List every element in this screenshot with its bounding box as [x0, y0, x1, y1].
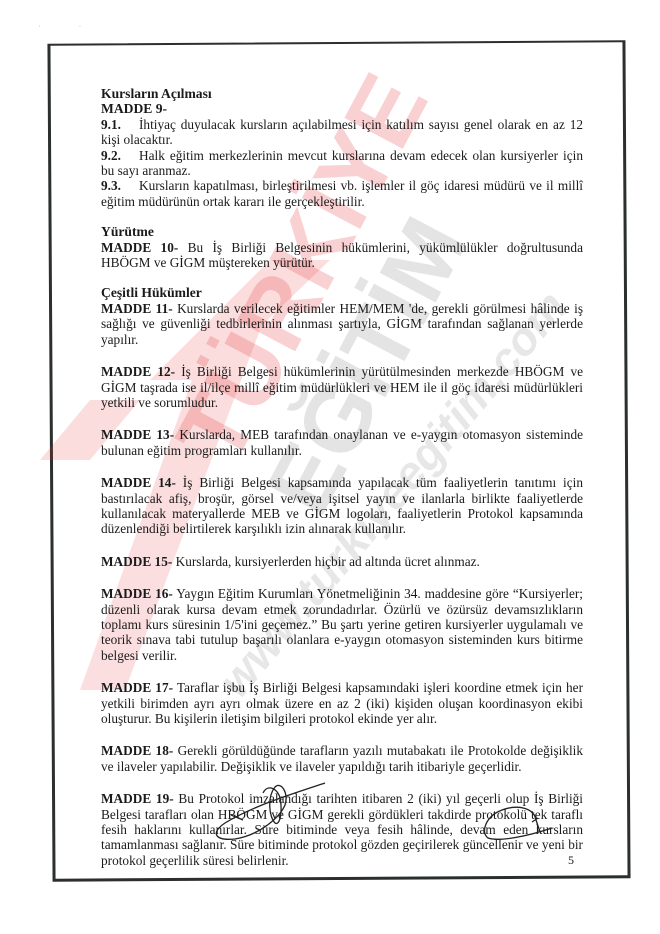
article-label: MADDE 19- [101, 791, 174, 806]
section-heading: Çeşitli Hükümler [101, 285, 583, 300]
article: MADDE 19- Bu Protokol imzalandığı tariht… [101, 791, 583, 868]
article: MADDE 17- Taraflar işbu İş Birliği Belge… [101, 680, 583, 726]
article-text: Kurslarda verilecek eğitimler HEM/MEM 'd… [101, 301, 583, 347]
sub-item-number: 9.1. [101, 117, 139, 132]
sub-item-number: 9.3. [101, 178, 139, 193]
article: MADDE 15- Kurslarda, kursiyerlerden hiçb… [101, 554, 583, 569]
article-label: MADDE 18- [101, 743, 173, 758]
page-number: 5 [568, 853, 574, 868]
article: MADDE 13- Kurslarda, MEB tarafından onay… [101, 427, 583, 458]
article-text: Kurslarda, kursiyerlerden hiçbir ad altı… [176, 554, 480, 569]
sub-item-text: Kursların kapatılması, birleştirilmesi v… [101, 178, 583, 208]
article-text: Gerekli görüldüğünde tarafların yazılı m… [101, 743, 583, 773]
article-label: MADDE 14- [101, 475, 176, 490]
article-label: MADDE 13- [101, 427, 174, 442]
sub-item: 9.3.Kursların kapatılması, birleştirilme… [101, 178, 583, 209]
article: MADDE 18- Gerekli görüldüğünde tarafları… [101, 743, 583, 774]
article-label: MADDE 16- [101, 586, 173, 601]
article: MADDE 11- Kurslarda verilecek eğitimler … [101, 301, 583, 347]
sub-item-text: Halk eğitim merkezlerinin mevcut kurslar… [101, 148, 583, 178]
sub-item: 9.2.Halk eğitim merkezlerinin mevcut kur… [101, 148, 583, 179]
article: MADDE 10- Bu İş Birliği Belgesinin hüküm… [101, 240, 583, 271]
article-text: Kurslarda, MEB tarafından onaylanan ve e… [101, 427, 583, 457]
article-text: Yaygın Eğitim Kurumları Yönetmeliğinin 3… [101, 586, 583, 663]
article-label: MADDE 11- [101, 301, 173, 316]
article-label: MADDE 17- [101, 680, 173, 695]
sub-item-text: İhtiyaç duyulacak kursların açılabilmesi… [101, 117, 583, 147]
section-heading: Kursların Açılması [101, 86, 583, 101]
article-label: MADDE 12- [101, 364, 175, 379]
sub-item-number: 9.2. [101, 148, 139, 163]
article-label: MADDE 9- [101, 101, 583, 116]
scan-specks: · · [38, 22, 99, 31]
article-text: Taraflar işbu İş Birliği Belgesi kapsamı… [101, 680, 583, 726]
article-label: MADDE 10- [101, 240, 178, 255]
article: MADDE 14- İş Birliği Belgesi kapsamında … [101, 475, 583, 537]
article-text: Bu Protokol imzalandığı tarihten itibare… [101, 791, 583, 868]
article-label: MADDE 15- [101, 554, 172, 569]
section-heading: Yürütme [101, 224, 583, 239]
sub-item: 9.1.İhtiyaç duyulacak kursların açılabil… [101, 117, 583, 148]
article: MADDE 12- İş Birliği Belgesi hükümlerini… [101, 364, 583, 410]
article: MADDE 16- Yaygın Eğitim Kurumları Yönetm… [101, 586, 583, 663]
document-body: Kursların Açılması MADDE 9- 9.1.İhtiyaç … [101, 86, 583, 868]
